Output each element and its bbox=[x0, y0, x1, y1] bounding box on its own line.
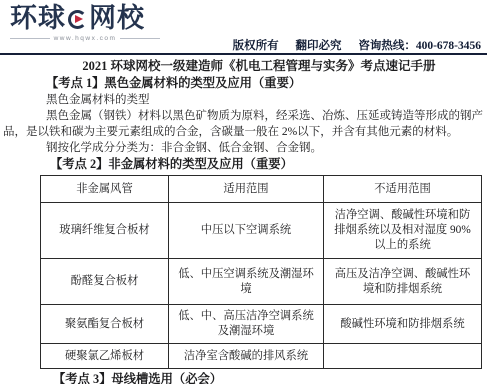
copyright-line: 版权所有 翻印必究 咨询热线：400-678-3456 bbox=[233, 37, 481, 53]
document-content: 2021 环球网校一级建造师《机电工程管理与实务》考点速记手册 【考点 1】黑色… bbox=[0, 56, 487, 384]
logo-rule-right bbox=[120, 38, 160, 39]
logo-website-text: www.hqwx.com bbox=[54, 35, 117, 42]
document-page: 环球 网校 www.hqwx.com 版权所有 翻印必究 咨询热线：400-67… bbox=[0, 0, 487, 384]
hotline: 咨询热线：400-678-3456 bbox=[358, 40, 481, 52]
table-row: 硬聚氯乙烯板材 洁净室含酸碱的排风系统 bbox=[41, 344, 482, 369]
play-icon bbox=[68, 10, 87, 29]
reprint-notice: 翻印必究 bbox=[295, 40, 341, 52]
cell-not-applicable: 酸碱性环境和防排烟系统 bbox=[324, 305, 482, 344]
header-cell-applicable: 适用范围 bbox=[169, 176, 324, 203]
cell-material: 硬聚氯乙烯板材 bbox=[41, 344, 169, 369]
logo-text-left: 环球 bbox=[10, 3, 66, 33]
table-header-row: 非金属风管 适用范围 不适用范围 bbox=[41, 176, 482, 203]
cell-material: 玻璃纤维复合板材 bbox=[41, 203, 169, 259]
cell-applicable: 洁净室含酸碱的排风系统 bbox=[169, 344, 324, 369]
cell-applicable: 低、中、高压洁净空调系统及潮湿环境 bbox=[169, 305, 324, 344]
logo-text-right: 网校 bbox=[89, 3, 145, 33]
logo-website: www.hqwx.com bbox=[10, 35, 160, 42]
section1-subheading: 黑色金属材料的类型 bbox=[3, 92, 483, 108]
nonmetal-duct-table: 非金属风管 适用范围 不适用范围 玻璃纤维复合板材 中压以下空调系统 洁净空调、… bbox=[40, 175, 482, 369]
table-row: 酚醛复合板材 低、中压空调系统及潮湿环境 高压及洁净空调、酸碱性环境和防排烟系统 bbox=[41, 259, 482, 305]
page-title: 2021 环球网校一级建造师《机电工程管理与实务》考点速记手册 bbox=[35, 58, 483, 75]
section-heading-kaodian-3: 【考点 3】母线槽选用（必会） bbox=[3, 371, 483, 384]
table-row: 玻璃纤维复合板材 中压以下空调系统 洁净空调、酸碱性环境和防排烟系统以及相对湿度… bbox=[41, 203, 482, 259]
cell-not-applicable bbox=[324, 344, 482, 369]
cell-applicable: 低、中压空调系统及潮湿环境 bbox=[169, 259, 324, 305]
hqwx-logo: 环球 网校 www.hqwx.com bbox=[10, 3, 168, 42]
section1-paragraph: 黑色金属（钢铁）材料以黑色矿物质为原料，经采选、冶炼、压延或铸造等形成的钢产品，… bbox=[3, 108, 483, 140]
page-header: 环球 网校 www.hqwx.com 版权所有 翻印必究 咨询热线：400-67… bbox=[0, 0, 487, 56]
logo-rule-left bbox=[10, 38, 50, 39]
section-heading-kaodian-1: 【考点 1】黑色金属材料的类型及应用（重要） bbox=[3, 75, 483, 92]
table-row: 聚氨酯复合板材 低、中、高压洁净空调系统及潮湿环境 酸碱性环境和防排烟系统 bbox=[41, 305, 482, 344]
cell-material: 聚氨酯复合板材 bbox=[41, 305, 169, 344]
section1-classification-line: 钢按化学成分分类为：非合金钢、低合金钢、合金钢。 bbox=[3, 140, 483, 156]
cell-not-applicable: 高压及洁净空调、酸碱性环境和防排烟系统 bbox=[324, 259, 482, 305]
copyright-notice: 版权所有 bbox=[233, 40, 279, 52]
section-heading-kaodian-2: 【考点 2】非金属材料的类型及应用（重要） bbox=[3, 156, 483, 173]
cell-material: 酚醛复合板材 bbox=[41, 259, 169, 305]
header-divider bbox=[0, 53, 487, 55]
cell-applicable: 中压以下空调系统 bbox=[169, 203, 324, 259]
cell-not-applicable: 洁净空调、酸碱性环境和防排烟系统以及相对湿度 90%以上的系统 bbox=[324, 203, 482, 259]
header-cell-material: 非金属风管 bbox=[41, 176, 169, 203]
header-cell-not-applicable: 不适用范围 bbox=[324, 176, 482, 203]
